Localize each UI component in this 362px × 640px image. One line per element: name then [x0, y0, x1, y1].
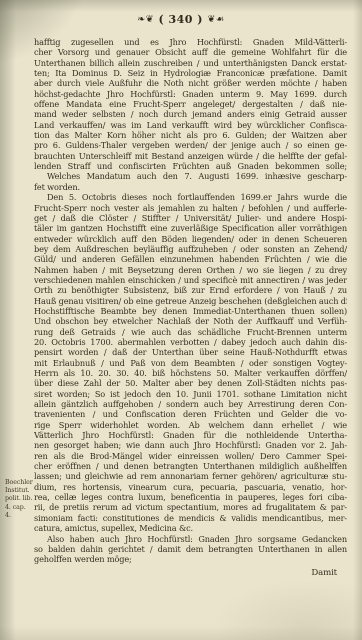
text-line: entweder würcklich auff den Böden liegen…	[34, 234, 347, 244]
margin-note: BoechlerInstitut.polit. lib.4. cap. 4.	[5, 479, 33, 520]
text-line: lenden Straff und confiscirten Früchten …	[34, 161, 347, 171]
text-line: travenienten / und Confiscation deren Fr…	[34, 409, 347, 419]
text-line: tion das Malter Korn höher nicht als pro…	[34, 130, 347, 140]
text-line: aber durch viele Außfuhr die Noth nicht …	[34, 78, 347, 88]
right-fleuron-icon: ❦☙	[207, 14, 224, 25]
text-line: bey dem Außdreschen beyläuffig auffzuheb…	[34, 244, 347, 254]
text-line: pro 6. Guldens-Thaler vergeben werden/ d…	[34, 140, 347, 150]
text-line: rige Sperr widerhohlet worden. Ab welche…	[34, 420, 347, 430]
margin-note-line: Institut.	[5, 487, 33, 495]
text-line: 20. Octobris 1700. abermahlen verbotten …	[34, 337, 347, 347]
text-line: mand weder selbsten / noch durch jemand …	[34, 109, 347, 119]
text-line: Land verkauffen/ was im Land verkaufft w…	[34, 120, 347, 130]
text-line: Orth zu benöthigter Subsistenz, biß zur …	[34, 285, 347, 295]
margin-note-line: Boechler	[5, 479, 33, 487]
text-line: Welches Mandatum auch den 7. Augusti 169…	[34, 171, 347, 181]
text-line: rea, cellæ leges contra luxum, beneficen…	[34, 492, 347, 502]
book-page: ❧❦ ( 340 ) ❦☙ BoechlerInstitut.polit. li…	[0, 0, 362, 640]
page-header: ❧❦ ( 340 ) ❦☙	[0, 13, 362, 26]
text-line: mit Erlaubnuß / und Paß von dem Beambten…	[34, 358, 347, 368]
body-text: hafftig zugesellen und es Jhro Hochfürst…	[34, 37, 347, 579]
text-line: pensirt worden / daß der Unterthan über …	[34, 347, 347, 357]
text-line: Hochstifftische Beambte bey denen Immedi…	[34, 306, 347, 316]
margin-note-line: 4. cap. 4.	[5, 504, 33, 520]
text-line: so balden dahin gerichtet / damit dem be…	[34, 544, 347, 554]
text-line: Frucht-Sperr noch vester als jemahlen zu…	[34, 203, 347, 213]
text-line: über diese Zahl der 50. Malter aber bey …	[34, 378, 347, 388]
catchword: Damit	[34, 568, 347, 579]
page-number: ( 340 )	[158, 13, 203, 26]
text-line: rii, de pretiis rerum ad victum spectant…	[34, 502, 347, 512]
text-line: cher eröffnen / und denen betrangten Unt…	[34, 461, 347, 471]
left-fleuron-icon: ❧❦	[137, 14, 154, 25]
text-line: Hauß genau visitiren/ ob eine getreue An…	[34, 296, 347, 306]
text-line: Vätterlich Jhro Hochfürstl: Gnaden für d…	[34, 430, 347, 440]
text-line: Herrn als 10. 20. 30. 40. biß höchstens …	[34, 368, 347, 378]
text-line: cher Vorsorg und genauer Obsicht auff di…	[34, 47, 347, 57]
text-line: hafftig zugesellen und es Jhro Hochfürst…	[34, 37, 347, 47]
text-line: Güld/ und anderen Gefällen einzunehmen h…	[34, 254, 347, 264]
text-line: nen gesorget haben; wie dann auch Jhro H…	[34, 440, 347, 450]
text-line: Unterthanen billich allein zuschreiben /…	[34, 58, 347, 68]
text-line: täler im gantzen Hochstifft eine zuverlä…	[34, 223, 347, 233]
text-line: Und obschon bey etwelcher Nachlaß der No…	[34, 316, 347, 326]
text-line: geholffen werden möge;	[34, 554, 347, 564]
text-line: ren als die Brod-Mängel wider einreissen…	[34, 451, 347, 461]
text-line: allein gäntzlich auffgehoben / sondern a…	[34, 399, 347, 409]
text-line: Also haben auch Jhro Hochfürstl: Gnaden …	[34, 534, 347, 544]
text-line: Den 5. Octobris dieses noch fortlauffend…	[34, 192, 347, 202]
text-line: dium, res hortensis, vinearum cura, pecu…	[34, 482, 347, 492]
text-line: brauchten Unterschleiff mit Bestand anze…	[34, 151, 347, 161]
text-line: höchst-gedachte Jhro Hochfürstl: Gnaden …	[34, 89, 347, 99]
text-line: get / daß die Clöster / Stiffter / Unive…	[34, 213, 347, 223]
text-line: lassen; und gleichwie ad rem annonariam …	[34, 471, 347, 481]
text-line: ten; Ita Dominus D. Seiz in Hydrologiæ F…	[34, 68, 347, 78]
margin-note-line: polit. lib.	[5, 495, 33, 503]
text-line: Nahmen haben / mit Beysetzung deren Orth…	[34, 265, 347, 275]
text-line: verschiedenen mahlen einschicken / und s…	[34, 275, 347, 285]
text-line: siret worden; So ist jedoch den 10. Juni…	[34, 389, 347, 399]
text-line: catura, amictus, supellex, Medicina &c.	[34, 523, 347, 533]
text-line: fet worden.	[34, 182, 347, 192]
text-line: simoniam facti: constitutiones de mendic…	[34, 513, 347, 523]
text-line: rung deß Getraids / wie auch das schädli…	[34, 327, 347, 337]
text-line: offene Mandata eine Frucht-Sperr angeleg…	[34, 99, 347, 109]
